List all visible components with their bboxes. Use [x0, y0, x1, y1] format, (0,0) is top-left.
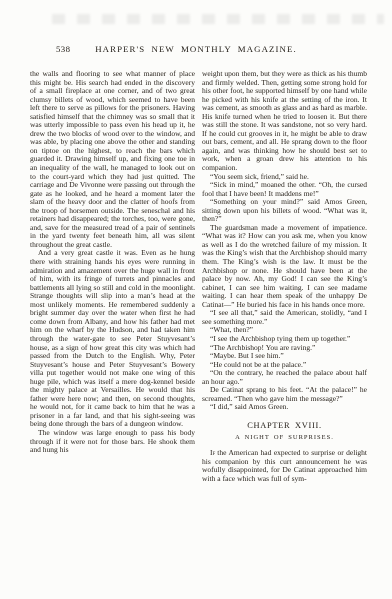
paragraph: The window was large enough to pass his … [30, 429, 195, 455]
paragraph: weight upon them, but they were as thick… [202, 70, 367, 173]
paragraph: “On the contrary, he reached the palace … [202, 369, 367, 386]
paragraph: De Catinat sprang to his feet. “At the p… [202, 386, 367, 403]
right-column: weight upon them, but they were as thick… [202, 70, 367, 483]
page-bleed-through [52, 14, 384, 24]
paragraph: And a very great castle it was. Even as … [30, 249, 195, 428]
running-title: HARPER'S NEW MONTHLY MAGAZINE. [95, 44, 297, 54]
text-columns: the walls and flooring to see what manne… [30, 70, 367, 483]
paragraph: The guardsman made a movement of impatie… [202, 224, 367, 309]
paragraph: “Sick in mind,” moaned the other. “Oh, t… [202, 181, 367, 198]
paragraph: the walls and flooring to see what manne… [30, 70, 195, 249]
chapter-opening-paragraph: Ifthe American had expected to surprise … [202, 449, 367, 483]
paragraph: “Something on your mind?” said Amos Gree… [202, 198, 367, 224]
page-number: 538 [56, 44, 70, 54]
paragraph: “I did,” said Amos Green. [202, 403, 367, 412]
chapter-heading: CHAPTER XVIII. [202, 422, 367, 431]
page-header: 538 HARPER'S NEW MONTHLY MAGAZINE. [0, 44, 392, 54]
left-column: the walls and flooring to see what manne… [30, 70, 195, 483]
magazine-page: 538 HARPER'S NEW MONTHLY MAGAZINE. the w… [0, 0, 392, 599]
chapter-subheading: A NIGHT OF SURPRISES. [202, 434, 367, 443]
opening-paragraph-text: the American had expected to surprise or… [202, 448, 367, 483]
paragraph: “I see all that,” said the American, sto… [202, 309, 367, 326]
